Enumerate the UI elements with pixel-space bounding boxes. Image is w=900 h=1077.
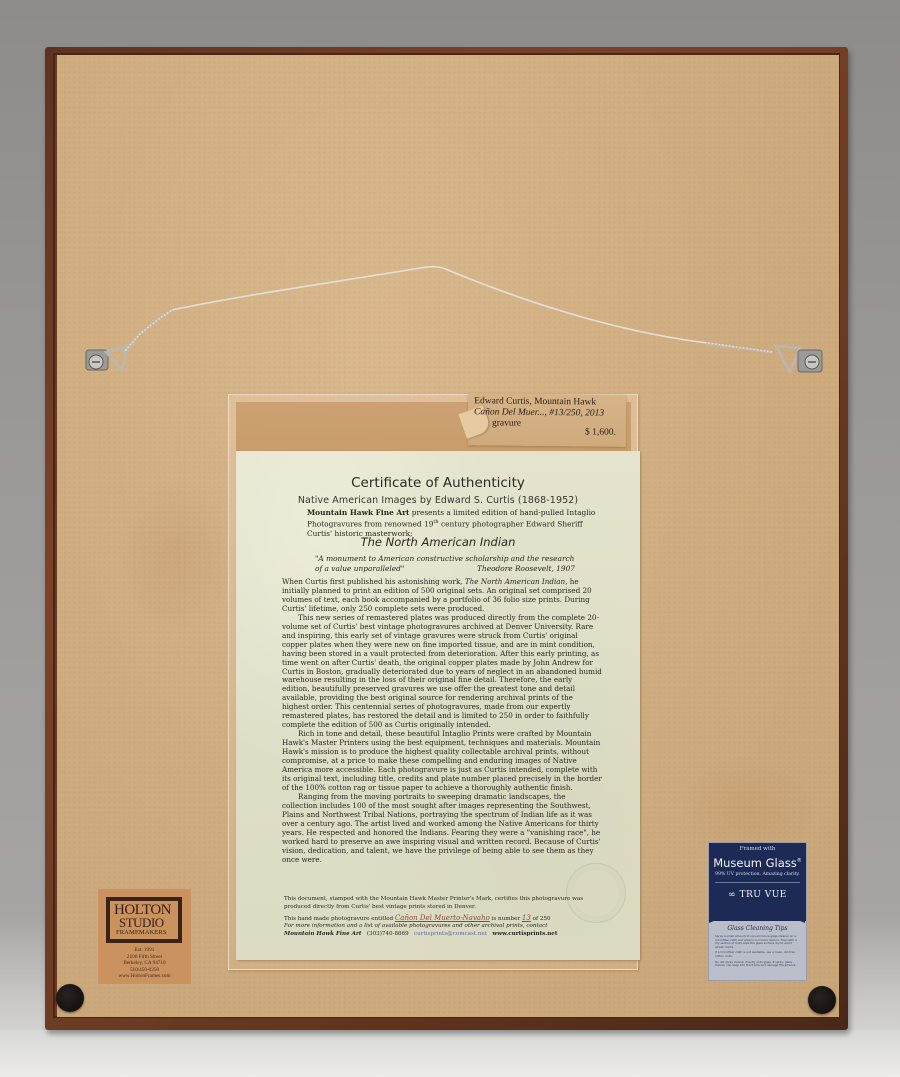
- contact-brand: Mountain Hawk Fine Art: [284, 931, 362, 937]
- paragraph: Ranging from the moving portraits to swe…: [282, 793, 602, 865]
- edition-number-block: This hand made photogravure entitled Cañ…: [284, 915, 614, 938]
- contact-email: curtisprints@comcast.net: [414, 931, 487, 937]
- handwritten-title: Cañon Del Muerto-Navaho: [395, 914, 490, 922]
- paper-stain: [117, 475, 237, 635]
- tip: Do not spray cleaner directly onto glass…: [715, 961, 801, 968]
- product-tagline: 99% UV protection. Amazing clarity.: [709, 872, 806, 877]
- logo-framemakers: FRAMEMAKERS: [116, 929, 167, 936]
- label-chevron: [709, 903, 805, 923]
- certificate-of-authenticity: Certificate of Authenticity Native Ameri…: [236, 451, 640, 960]
- holton-logo: HOLTON STUDIO FRAMEMAKERS: [106, 897, 182, 943]
- stamp-note: This document, stamped with the Mountain…: [284, 896, 584, 911]
- holton-address: Est. 1991 2100 Fifth Street Berkeley, CA…: [98, 947, 191, 980]
- paragraph: Rich in tone and detail, these beautiful…: [282, 730, 602, 793]
- product-name: Museum Glass®: [709, 856, 806, 870]
- cleaning-tips: Spray a small amount of non-ammonia glas…: [715, 935, 801, 970]
- framed-with: Framed with: [709, 846, 806, 852]
- certificate-subtitle: Native American Images by Edward S. Curt…: [236, 495, 640, 506]
- price-tag: Edward Curtis, Mountain Hawk Cañon Del M…: [468, 393, 627, 447]
- work-title: The North American Indian: [236, 535, 640, 549]
- number-suffix: of 250: [531, 916, 551, 922]
- museum-glass-label: Framed with Museum Glass® 99% UV protect…: [709, 843, 806, 980]
- certificate-title: Certificate of Authenticity: [236, 475, 640, 491]
- certificate-body: When Curtis first published his astonish…: [282, 578, 602, 865]
- wall-background: [0, 1030, 900, 1077]
- paragraph: This new series of remastered plates was…: [282, 614, 602, 730]
- tag-price: $ 1,600.: [585, 427, 616, 438]
- embossed-seal-icon: [566, 863, 626, 923]
- divider: [715, 882, 800, 883]
- certificate-intro: Mountain Hawk Fine Art presents a limite…: [307, 508, 607, 538]
- contact-phone: (303)740-8869: [367, 931, 409, 937]
- intro-brand: Mountain Hawk Fine Art: [307, 508, 409, 517]
- brand-logo: ∞ TRU VUE: [709, 890, 806, 900]
- tips-title: Glass Cleaning Tips: [709, 925, 806, 932]
- number-prefix: This hand made photogravure entitled: [284, 916, 395, 922]
- handwritten-number: 13: [522, 914, 531, 922]
- holton-studio-label: HOLTON STUDIO FRAMEMAKERS Est. 1991 2100…: [98, 889, 191, 984]
- roosevelt-quote: "A monument to American constructive sch…: [315, 554, 575, 573]
- bumper-pad-icon: [808, 986, 836, 1014]
- paragraph: When Curtis first published his astonish…: [282, 578, 602, 614]
- tru-vue-logo-icon: ∞: [728, 890, 739, 900]
- bumper-pad-icon: [56, 984, 84, 1012]
- holton-website: www.HoltonFrames.com: [98, 973, 191, 980]
- number-mid: is number: [490, 916, 522, 922]
- tip: Spray a small amount of non-ammonia glas…: [715, 935, 801, 949]
- quote-attribution: Theodore Roosevelt, 1907: [477, 564, 575, 574]
- tip: If a microfiber cloth is not available, …: [715, 951, 801, 958]
- contact-website: www.curtisprints.net: [492, 931, 557, 937]
- more-info: For more information and a list of avail…: [284, 923, 614, 930]
